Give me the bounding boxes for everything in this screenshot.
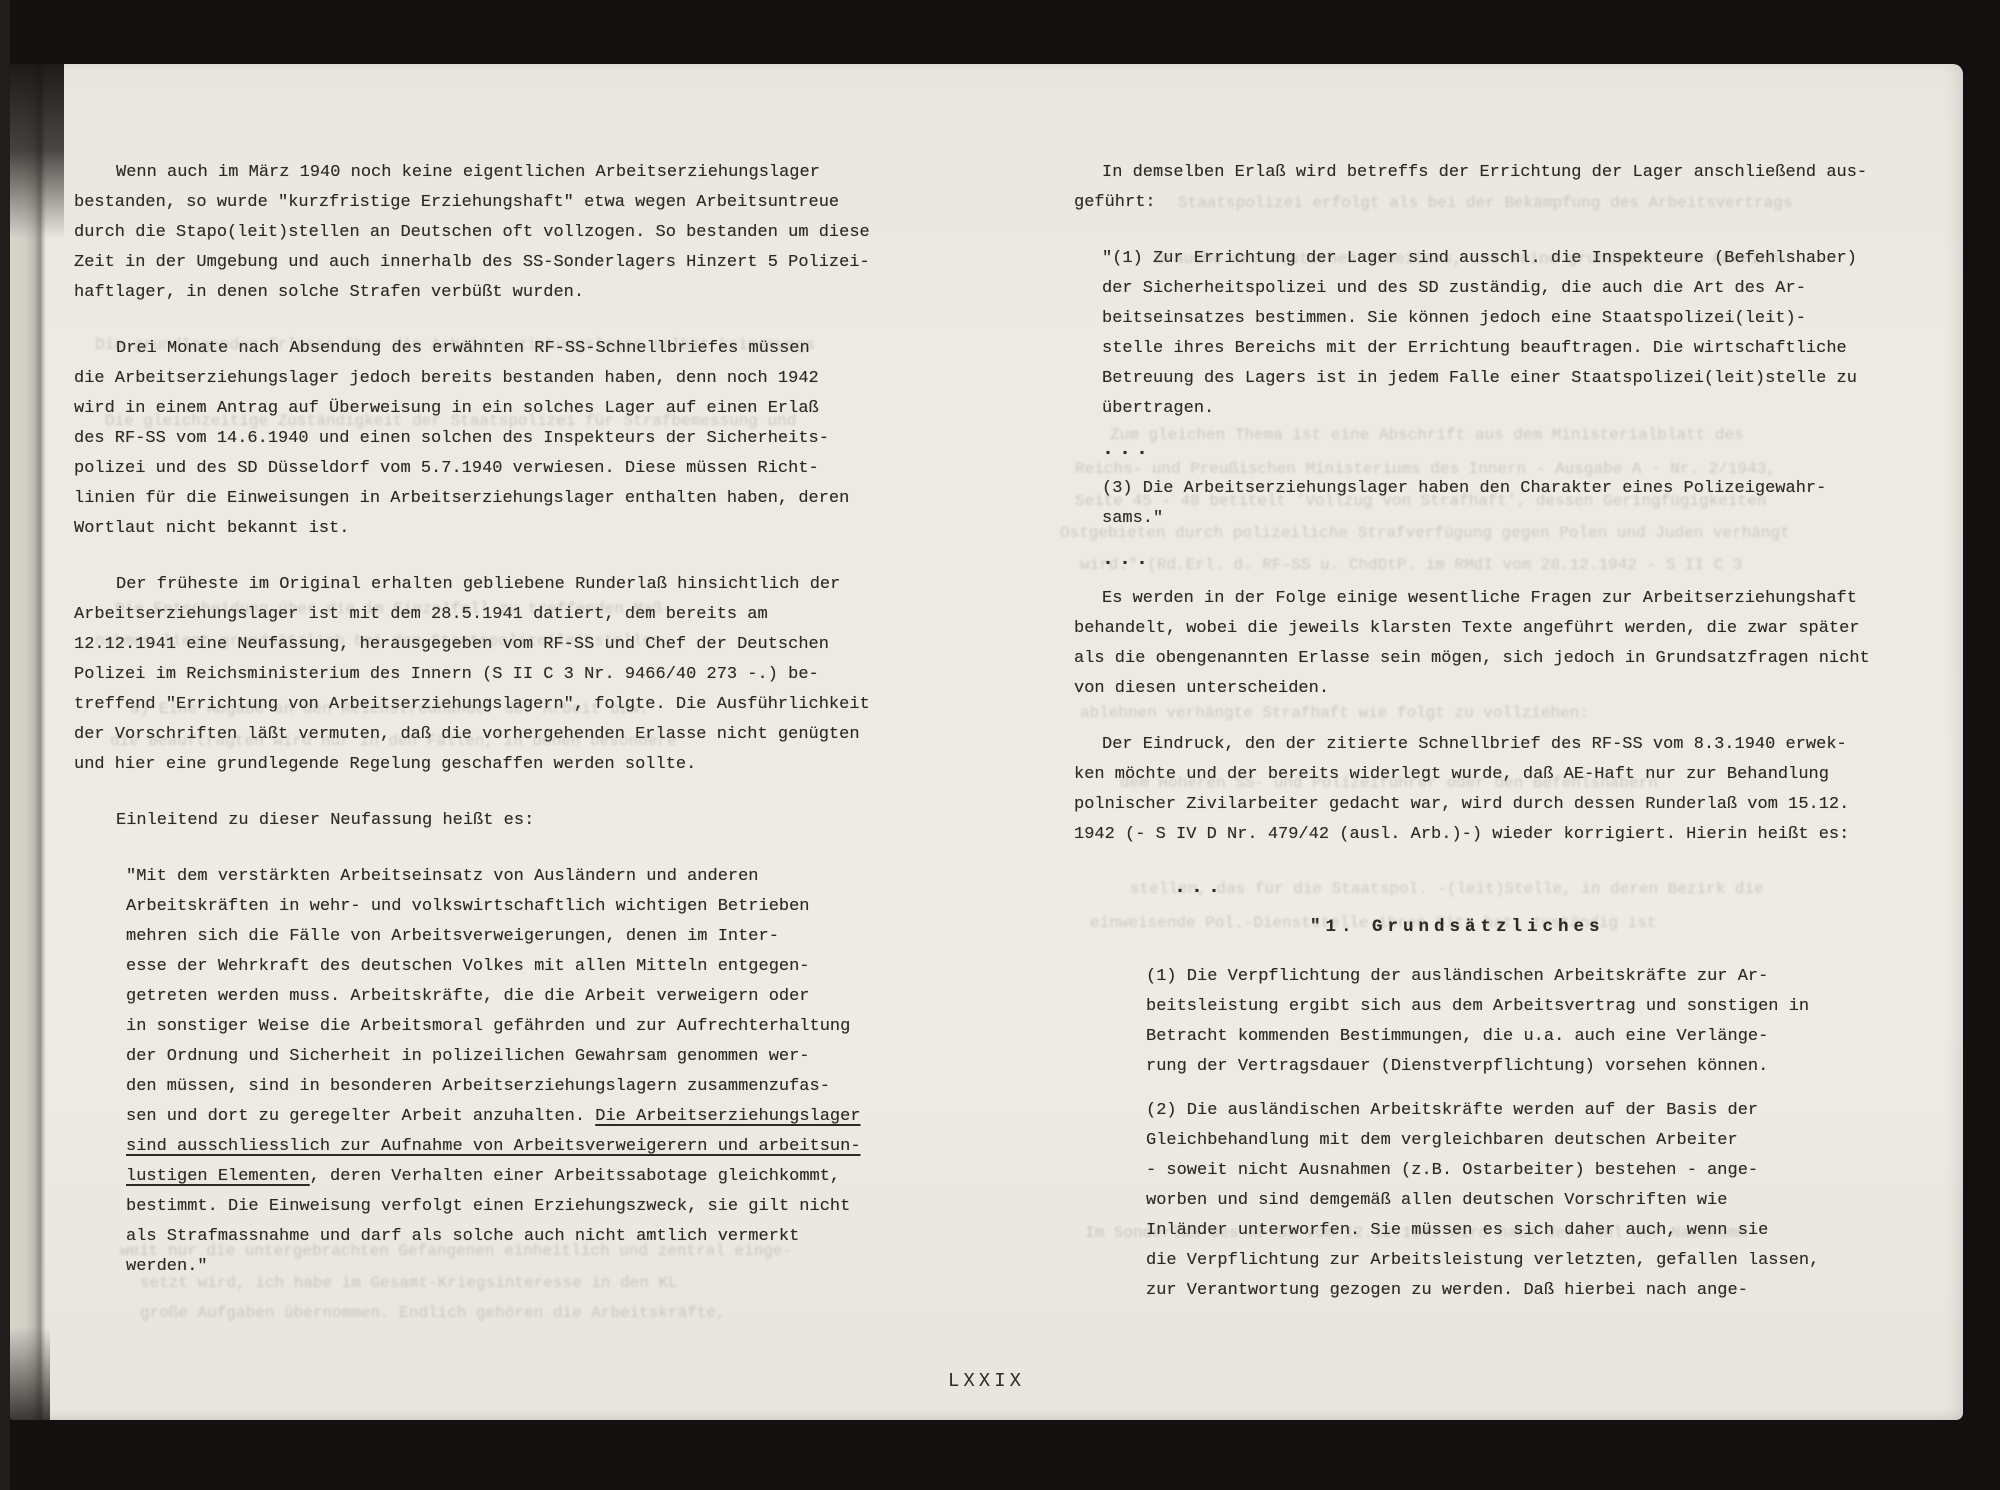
text-line: linien für die Einweisungen in Arbeitser… xyxy=(74,484,949,514)
text-line: zur Verantwortung gezogen zu werden. Daß… xyxy=(1146,1276,1934,1306)
paragraph: Einleitend zu dieser Neufassung heißt es… xyxy=(74,806,949,836)
text-line: (2) Die ausländischen Arbeitskräfte werd… xyxy=(1146,1096,1934,1126)
text-line: beitseinsatzes bestimmen. Sie können jed… xyxy=(1102,304,1934,334)
text-line: des RF-SS vom 14.6.1940 und einen solche… xyxy=(74,424,949,454)
text-line: haftlager, in denen solche Strafen verbü… xyxy=(74,278,949,308)
text-line: Der früheste im Original erhalten geblie… xyxy=(74,570,949,600)
text-line: sams." xyxy=(1102,504,1934,534)
paragraph: In demselben Erlaß wird betreffs der Err… xyxy=(1074,158,1934,218)
text-line: In demselben Erlaß wird betreffs der Err… xyxy=(1074,158,1934,188)
text-line: Arbeitskräften in wehr- und volkswirtsch… xyxy=(126,892,949,922)
text-line: Wenn auch im März 1940 noch keine eigent… xyxy=(74,158,949,188)
quoted-paragraph: (2) Die ausländischen Arbeitskräfte werd… xyxy=(1146,1096,1934,1306)
gutter-top-shadow xyxy=(10,64,64,254)
text-line: 12.12.1941 eine Neufassung, herausgegebe… xyxy=(74,630,949,660)
paragraph: Der früheste im Original erhalten geblie… xyxy=(74,570,949,780)
text-line: Wortlaut nicht bekannt ist. xyxy=(74,514,949,544)
text-line: sind ausschliesslich zur Aufnahme von Ar… xyxy=(126,1132,949,1162)
text-line: Gleichbehandlung mit dem vergleichbaren … xyxy=(1146,1126,1934,1156)
text-line: 1942 (- S IV D Nr. 479/42 (ausl. Arb.)-)… xyxy=(1074,820,1934,850)
text-line: Zeit in der Umgebung und auch innerhalb … xyxy=(74,248,949,278)
text-line: Betreuung des Lagers ist in jedem Falle … xyxy=(1102,364,1934,394)
text-line: Betracht kommenden Bestimmungen, die u.a… xyxy=(1146,1022,1934,1052)
text-line: Polizei im Reichsministerium des Innern … xyxy=(74,660,949,690)
page-gutter-edge xyxy=(10,64,46,1420)
ellipsis-marker: ... xyxy=(1102,438,1934,462)
text-line: "Mit dem verstärkten Arbeitseinsatz von … xyxy=(126,862,949,892)
text-line: ken möchte und der bereits widerlegt wur… xyxy=(1074,760,1934,790)
text-line: Es werden in der Folge einige wesentlich… xyxy=(1074,584,1934,614)
text-line: von diesen unterscheiden. xyxy=(1074,674,1934,704)
right-text-column: In demselben Erlaß wird betreffs der Err… xyxy=(1074,158,1934,1320)
scan-border-bottom xyxy=(0,1420,2000,1490)
gutter-bottom-shadow xyxy=(10,1310,50,1420)
text-line: bestimmt. Die Einweisung verfolgt einen … xyxy=(126,1192,949,1222)
paragraph: Drei Monate nach Absendung des erwähnten… xyxy=(74,334,949,544)
text-line: getreten werden muss. Arbeitskräfte, die… xyxy=(126,982,949,1012)
paragraph: Der Eindruck, den der zitierte Schnellbr… xyxy=(1074,730,1934,850)
text-line: "(1) Zur Errichtung der Lager sind aussc… xyxy=(1102,244,1934,274)
text-line: in sonstiger Weise die Arbeitsmoral gefä… xyxy=(126,1012,949,1042)
quoted-paragraph: "(1) Zur Errichtung der Lager sind aussc… xyxy=(1102,244,1934,424)
text-line: bestanden, so wurde "kurzfristige Erzieh… xyxy=(74,188,949,218)
page-number: LXXIX xyxy=(10,1370,1963,1392)
scan-border-top xyxy=(0,0,2000,64)
text-line: der Vorschriften läßt vermuten, daß die … xyxy=(74,720,949,750)
left-text-column: Wenn auch im März 1940 noch keine eigent… xyxy=(74,158,949,1308)
text-line: polnischer Zivilarbeiter gedacht war, wi… xyxy=(1074,790,1934,820)
text-line: durch die Stapo(leit)stellen an Deutsche… xyxy=(74,218,949,248)
text-line: (3) Die Arbeitserziehungslager haben den… xyxy=(1102,474,1934,504)
text-line: Inländer unterworfen. Sie müssen es sich… xyxy=(1146,1216,1934,1246)
text-line: behandelt, wobei die jeweils klarsten Te… xyxy=(1074,614,1934,644)
text-line: treffend "Errichtung von Arbeitserziehun… xyxy=(74,690,949,720)
text-line: sen und dort zu geregelter Arbeit anzuha… xyxy=(126,1102,949,1132)
text-line: beitsleistung ergibt sich aus dem Arbeit… xyxy=(1146,992,1934,1022)
ellipsis-marker: ... xyxy=(1102,548,1934,572)
text-line: geführt: xyxy=(1074,188,1934,218)
text-line: die Verpflichtung zur Arbeitsleistung ve… xyxy=(1146,1246,1934,1276)
book-page: Die grundlegenden Erlasse über die Arbei… xyxy=(10,64,1963,1420)
text-line: übertragen. xyxy=(1102,394,1934,424)
text-line: Einleitend zu dieser Neufassung heißt es… xyxy=(74,806,949,836)
text-line: worben und sind demgemäß allen deutschen… xyxy=(1146,1186,1934,1216)
scan-border-left xyxy=(0,0,10,1490)
text-line: und hier eine grundlegende Regelung gesc… xyxy=(74,750,949,780)
text-line: der Ordnung und Sicherheit in polizeilic… xyxy=(126,1042,949,1072)
section-heading: "1. Grundsätzliches xyxy=(1310,912,1934,942)
text-line: (1) Die Verpflichtung der ausländischen … xyxy=(1146,962,1934,992)
text-line: mehren sich die Fälle von Arbeitsverweig… xyxy=(126,922,949,952)
text-line: wird in einem Antrag auf Überweisung in … xyxy=(74,394,949,424)
text-line: Arbeitserziehungslager ist mit dem 28.5.… xyxy=(74,600,949,630)
ellipsis-marker: ... xyxy=(1174,876,1934,900)
text-line: als die obengenannten Erlasse sein mögen… xyxy=(1074,644,1934,674)
text-line: rung der Vertragsdauer (Dienstverpflicht… xyxy=(1146,1052,1934,1082)
text-line: - soweit nicht Ausnahmen (z.B. Ostarbeit… xyxy=(1146,1156,1934,1186)
text-line: den müssen, sind in besonderen Arbeitser… xyxy=(126,1072,949,1102)
text-line: als Strafmassnahme und darf als solche a… xyxy=(126,1222,949,1252)
text-line: polizei und des SD Düsseldorf vom 5.7.19… xyxy=(74,454,949,484)
paragraph: Es werden in der Folge einige wesentlich… xyxy=(1074,584,1934,704)
text-line: Der Eindruck, den der zitierte Schnellbr… xyxy=(1074,730,1934,760)
text-line: der Sicherheitspolizei und des SD zustän… xyxy=(1102,274,1934,304)
text-line: lustigen Elementen, deren Verhalten eine… xyxy=(126,1162,949,1192)
scan-background: Die grundlegenden Erlasse über die Arbei… xyxy=(0,0,2000,1490)
text-line: die Arbeitserziehungslager jedoch bereit… xyxy=(74,364,949,394)
paragraph: Wenn auch im März 1940 noch keine eigent… xyxy=(74,158,949,308)
quoted-paragraph: "Mit dem verstärkten Arbeitseinsatz von … xyxy=(126,862,949,1282)
quoted-paragraph: (1) Die Verpflichtung der ausländischen … xyxy=(1146,962,1934,1082)
text-line: stelle ihres Bereichs mit der Errichtung… xyxy=(1102,334,1934,364)
scan-border-right xyxy=(1963,0,2000,1490)
text-line: Drei Monate nach Absendung des erwähnten… xyxy=(74,334,949,364)
text-line: esse der Wehrkraft des deutschen Volkes … xyxy=(126,952,949,982)
text-line: werden." xyxy=(126,1252,949,1282)
quoted-paragraph: (3) Die Arbeitserziehungslager haben den… xyxy=(1102,474,1934,534)
